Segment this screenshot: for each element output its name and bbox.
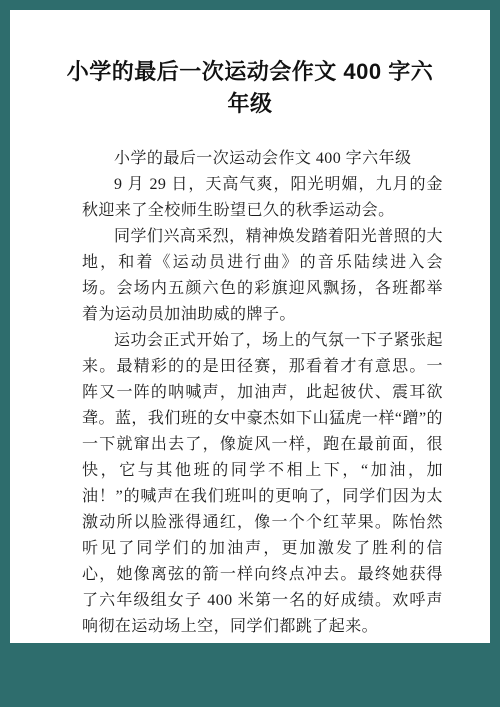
- essay-title: 小学的最后一次运动会作文 400 字六 年级: [40, 56, 460, 120]
- essay-title-line1: 小学的最后一次运动会作文 400 字六: [40, 56, 460, 88]
- essay-paragraph: 小学的最后一次运动会作文 400 字六年级: [82, 146, 443, 172]
- essay-paragraph: 同学们兴高采烈，精神焕发踏着阳光普照的大地，和着《运动员进行曲》的音乐陆续进入会…: [82, 224, 443, 328]
- essay-title-line2: 年级: [40, 88, 460, 120]
- essay-body: 小学的最后一次运动会作文 400 字六年级 9 月 29 日，天高气爽，阳光明媚…: [10, 146, 490, 640]
- document-frame: 小学的最后一次运动会作文 400 字六 年级 小学的最后一次运动会作文 400 …: [0, 0, 500, 707]
- essay-paragraph: 运功会正式开始了，场上的气氛一下子紧张起来。最精彩的的是田径赛，那看着才有意思。…: [82, 328, 443, 640]
- document-page: 小学的最后一次运动会作文 400 字六 年级 小学的最后一次运动会作文 400 …: [10, 10, 490, 643]
- essay-paragraph: 9 月 29 日，天高气爽，阳光明媚，九月的金秋迎来了全校师生盼望已久的秋季运动…: [82, 172, 443, 224]
